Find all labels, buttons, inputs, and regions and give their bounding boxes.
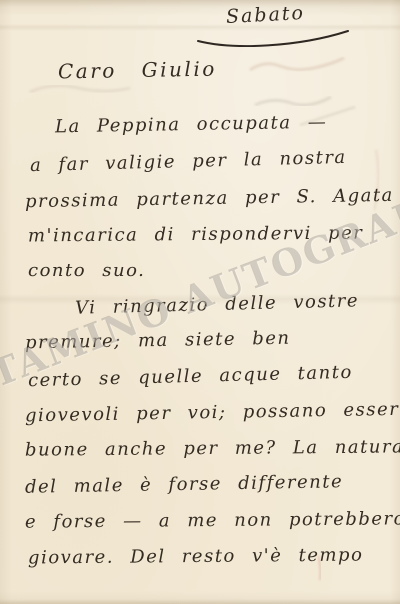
salutation: Caro Giulio (58, 57, 217, 84)
letter-line-10: buone anche per me? La natura (25, 436, 400, 460)
date-underline-flourish (194, 28, 354, 50)
date-group: Sabato (192, 4, 271, 26)
flourish-stroke (198, 31, 348, 46)
letter-line-13: giovare. Del resto v'è tempo (28, 545, 364, 569)
date-text: Sabato (225, 2, 305, 28)
letter-scan: Sabato Caro Giulio La Peppina occupata —… (0, 0, 400, 604)
letter-line-5: conto suo. (28, 260, 145, 281)
letter-line-12: e forse — a me non potrebbero (25, 508, 400, 532)
